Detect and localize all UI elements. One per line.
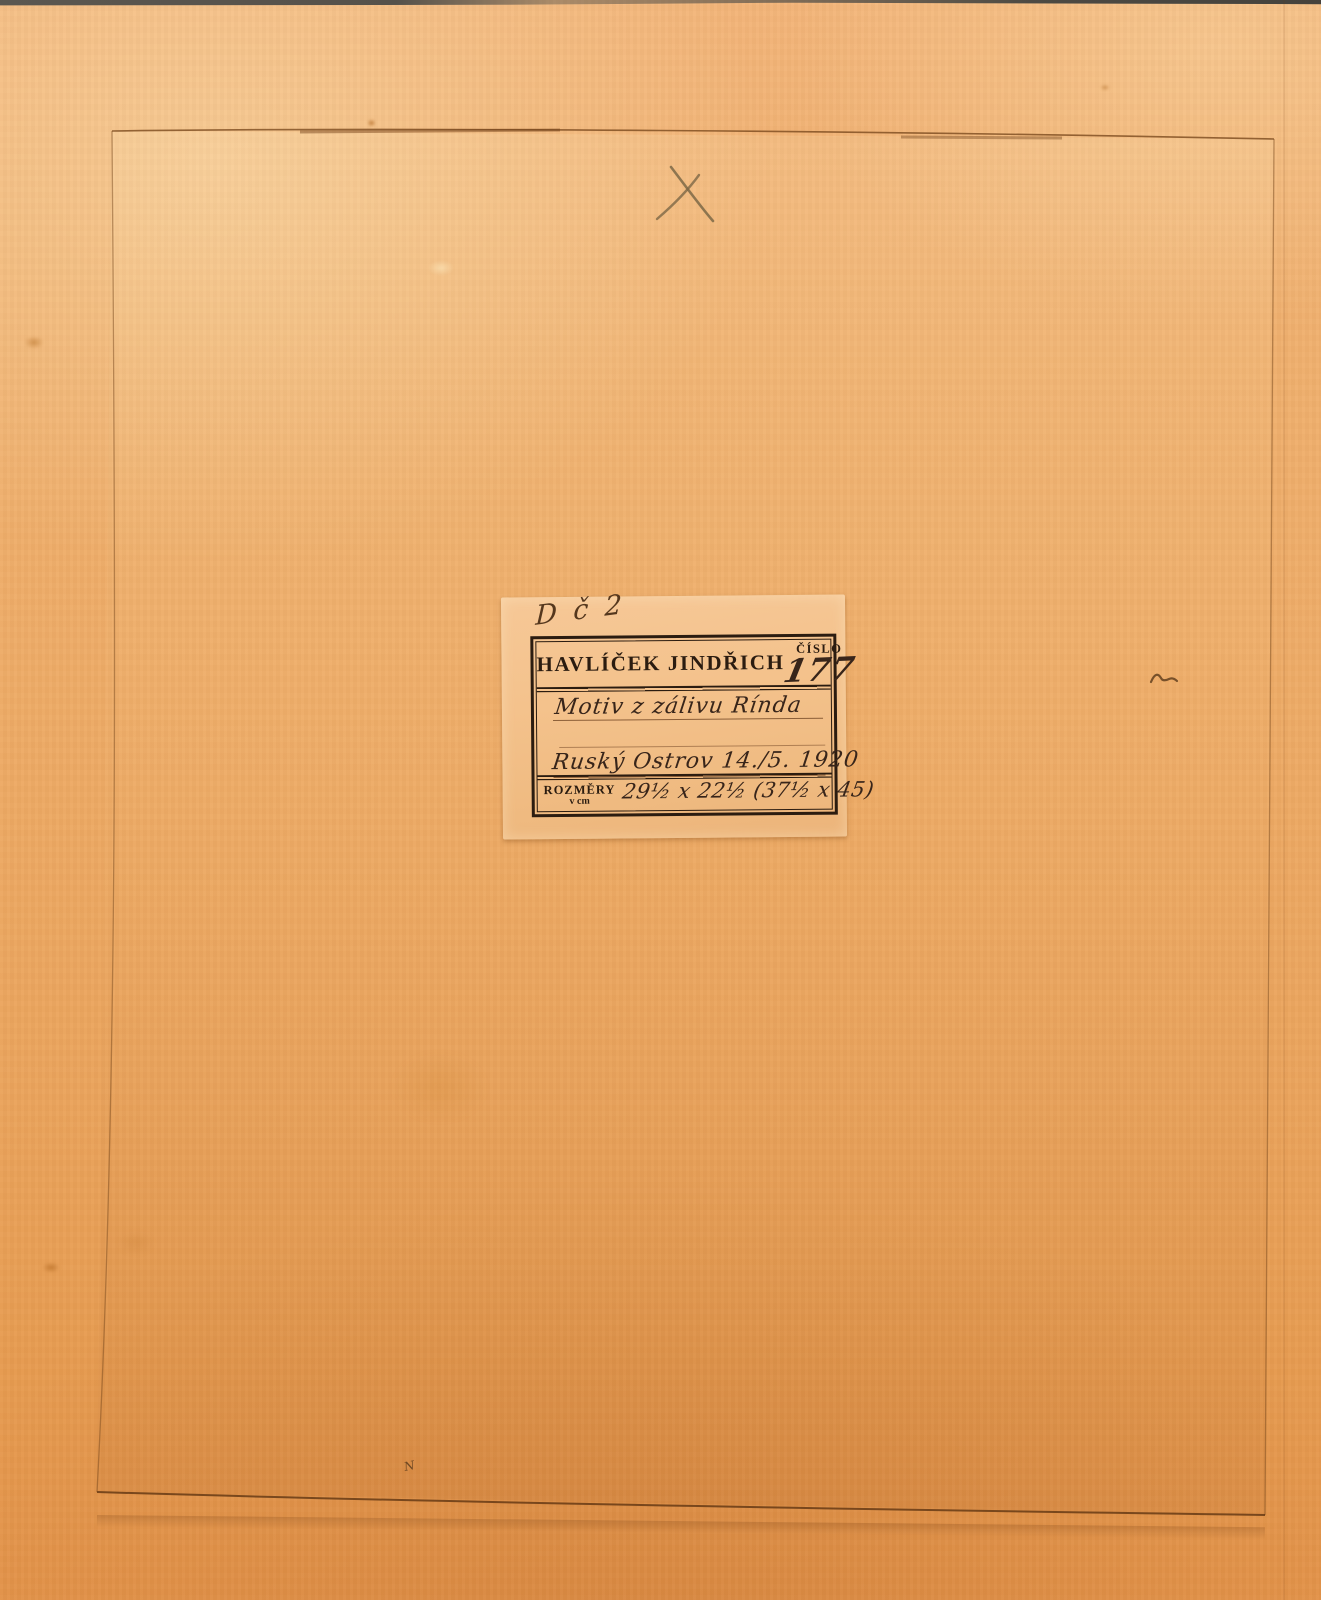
ink-squiggle-mark (1151, 675, 1177, 682)
sheet-bottom-edge (97, 1492, 1265, 1515)
title-handwritten: Motiv z zálivu Rínda (553, 693, 803, 720)
catalog-label: D č 2 HAVLÍČEK JINDŘICH ČÍSLO 177 (501, 595, 847, 840)
rust-stain (24, 336, 44, 349)
rust-stain (1100, 84, 1110, 91)
label-table: HAVLÍČEK JINDŘICH ČÍSLO 177 Motiv z záli… (530, 634, 838, 818)
label-entry-area: Motiv z zálivu Rínda Ruský Ostrov 14./5.… (537, 690, 832, 776)
pencil-x-mark (671, 167, 713, 221)
rust-stain (367, 119, 376, 127)
place-date-handwritten: Ruský Ostrov 14./5. 1920 (551, 747, 861, 775)
faint-stain (392, 1052, 487, 1122)
number-cell: ČÍSLO 177 (784, 639, 854, 685)
sheet-right-edge (1265, 139, 1274, 1515)
artwork-back-photo: N D č 2 HAVLÍČEK JINDŘICH ČÍSLO 177 (0, 0, 1321, 1600)
dimensions-row: ROZMĚRY v cm 29½ x 22½ (37½ x 45) (538, 778, 832, 812)
light-scuff (428, 260, 454, 276)
artist-name-cell: HAVLÍČEK JINDŘICH (536, 640, 784, 687)
dimensions-value-handwritten: 29½ x 22½ (37½ x 45) (620, 777, 875, 803)
number-value-handwritten: 177 (781, 652, 858, 687)
label-table-inner: HAVLÍČEK JINDŘICH ČÍSLO 177 Motiv z záli… (535, 639, 832, 813)
sheet-top-edge (112, 129, 1274, 139)
small-pencil-mark: N (403, 1458, 416, 1474)
faint-stain (118, 1232, 154, 1254)
sheet-top-edge-smudge2 (901, 137, 1062, 138)
label-header-row: HAVLÍČEK JINDŘICH ČÍSLO 177 (536, 640, 830, 688)
dimensions-label-block: ROZMĚRY v cm (544, 783, 616, 807)
artist-name: HAVLÍČEK JINDŘICH (536, 650, 784, 677)
rust-stain (42, 1262, 60, 1273)
sheet-top-edge-smudge (300, 130, 560, 132)
sheet-left-edge (97, 131, 115, 1492)
dimensions-unit: v cm (544, 796, 616, 807)
